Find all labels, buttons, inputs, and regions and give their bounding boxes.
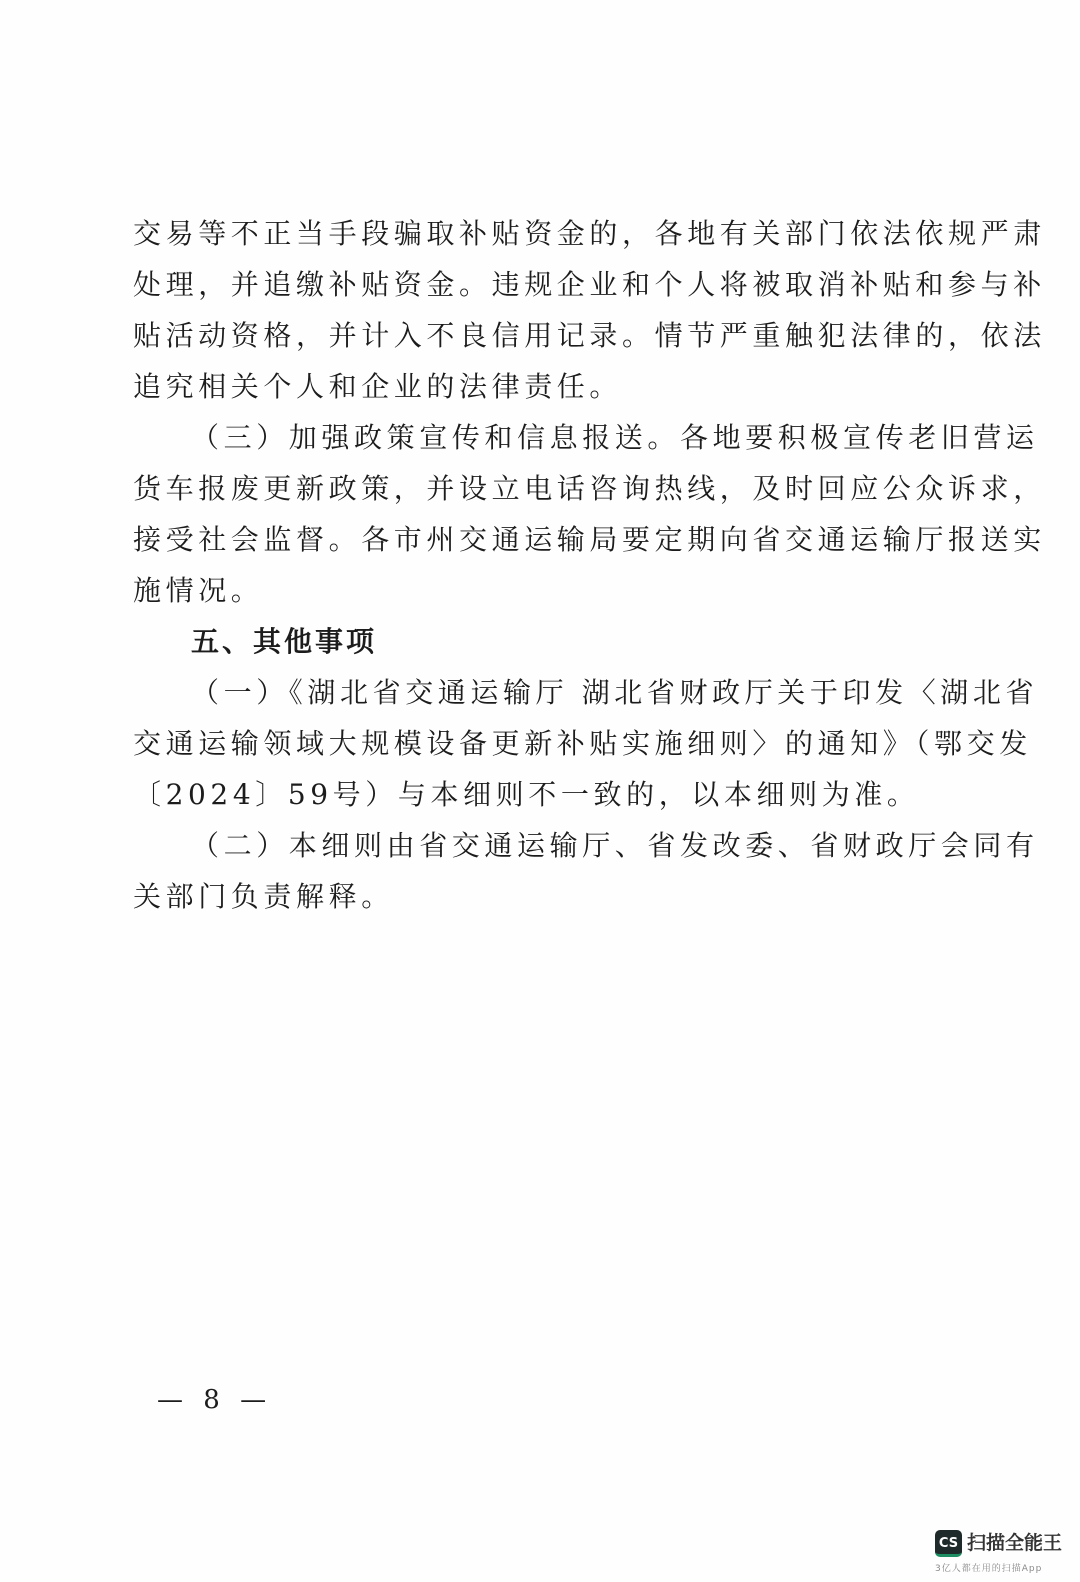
paragraph-line: 关部门负责解释。 xyxy=(133,871,933,922)
paragraph-line: 贴活动资格，并计入不良信用记录。情节严重触犯法律的，依法 xyxy=(133,310,933,361)
document-page: 交易等不正当手段骗取补贴资金的，各地有关部门依法依规严肃 处理，并追缴补贴资金。… xyxy=(0,0,1080,1582)
paragraph-line: 货车报废更新政策，并设立电话咨询热线，及时回应公众诉求， xyxy=(133,463,933,514)
paragraph-line: 处理，并追缴补贴资金。违规企业和个人将被取消补贴和参与补 xyxy=(133,259,933,310)
paragraph-line: 交易等不正当手段骗取补贴资金的，各地有关部门依法依规严肃 xyxy=(133,208,933,259)
paragraph-line: 施情况。 xyxy=(133,565,933,616)
document-body: 交易等不正当手段骗取补贴资金的，各地有关部门依法依规严肃 处理，并追缴补贴资金。… xyxy=(133,208,933,922)
section-heading: 五、其他事项 xyxy=(133,616,933,667)
paragraph-line: 接受社会监督。各市州交通运输局要定期向省交通运输厅报送实 xyxy=(133,514,933,565)
watermark-tagline: 3亿人都在用的扫描App xyxy=(935,1561,1042,1574)
camscanner-logo-icon: CS xyxy=(935,1530,962,1557)
paragraph-line: （三）加强政策宣传和信息报送。各地要积极宣传老旧营运 xyxy=(133,412,933,463)
paragraph-line: （一）《湖北省交通运输厅 湖北省财政厅关于印发〈湖北省 xyxy=(133,667,933,718)
scanner-watermark: CS 扫描全能王 3亿人都在用的扫描App xyxy=(935,1530,1075,1580)
page-number: — 8 — xyxy=(157,1385,272,1415)
watermark-app-name: 扫描全能王 xyxy=(967,1530,1062,1557)
paragraph-line: 追究相关个人和企业的法律责任。 xyxy=(133,361,933,412)
paragraph-line: 〔2024〕59号）与本细则不一致的，以本细则为准。 xyxy=(133,769,933,820)
paragraph-line: （二）本细则由省交通运输厅、省发改委、省财政厅会同有 xyxy=(133,820,933,871)
paragraph-line: 交通运输领域大规模设备更新补贴实施细则〉的通知》（鄂交发 xyxy=(133,718,933,769)
